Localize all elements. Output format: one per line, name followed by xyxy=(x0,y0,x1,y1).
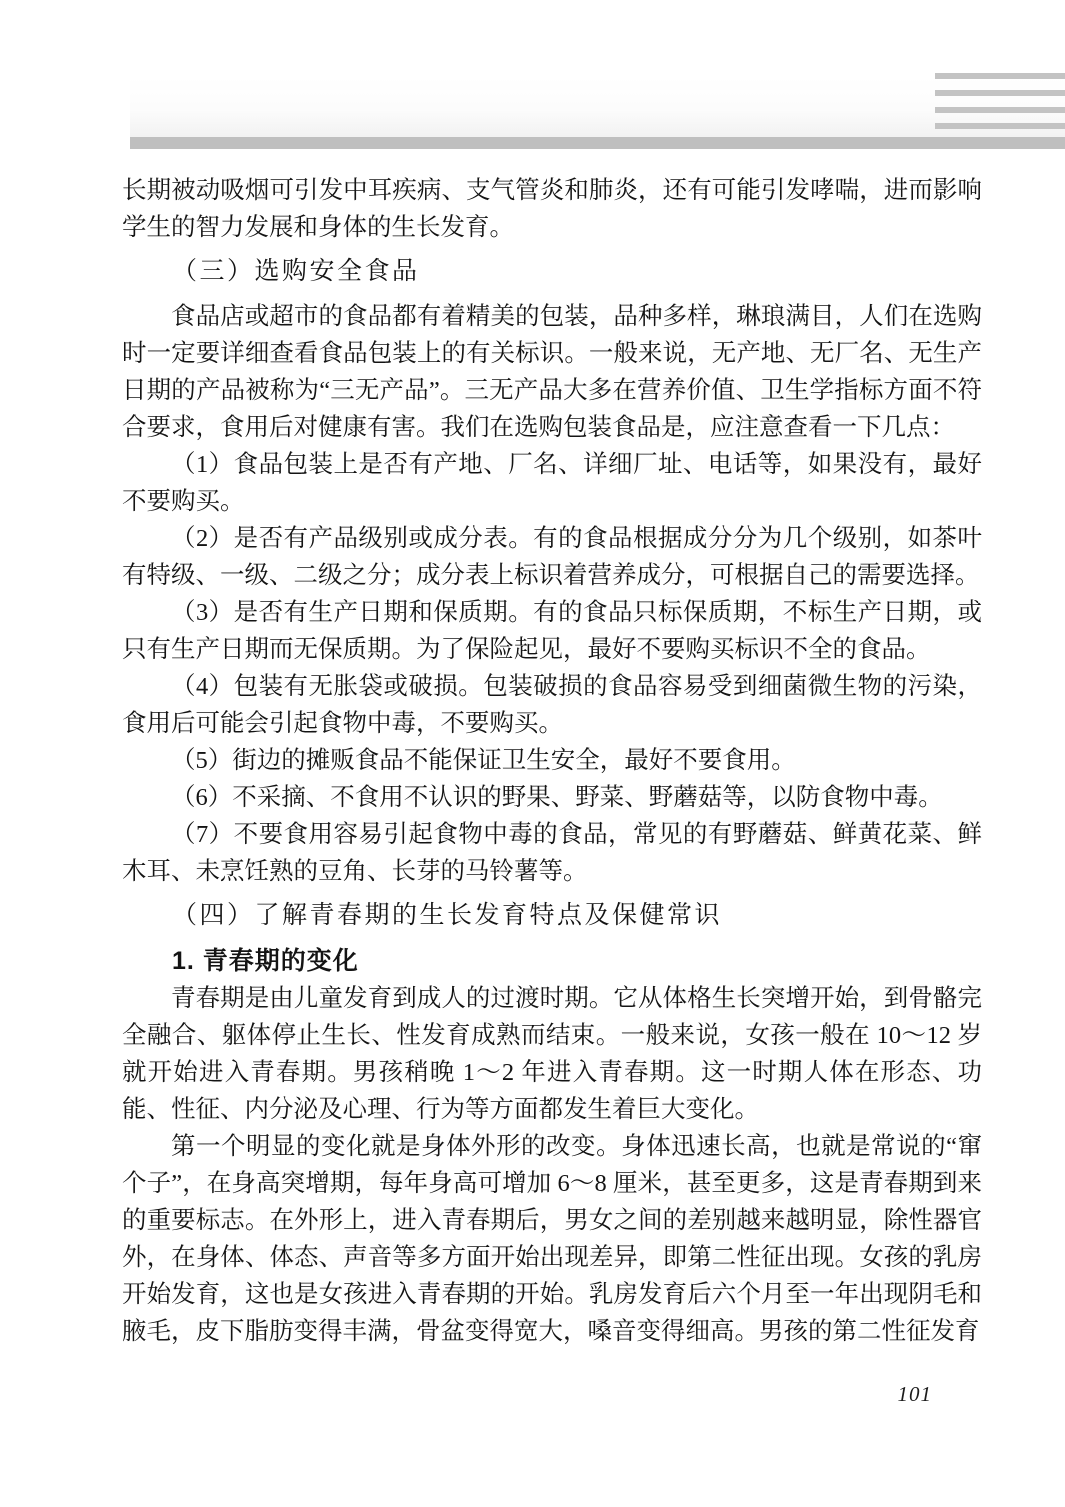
paragraph: 食品店或超市的食品都有着精美的包装，品种多样，琳琅满目，人们在选购时一定要详细查… xyxy=(122,298,982,446)
textbook-page: 长期被动吸烟可引发中耳疾病、支气管炎和肺炎，还有可能引发哮喘，进而影响学生的智力… xyxy=(0,0,1065,1507)
page-content: 长期被动吸烟可引发中耳疾病、支气管炎和肺炎，还有可能引发哮喘，进而影响学生的智力… xyxy=(122,172,982,1350)
section-heading-3: （三）选购安全食品 xyxy=(122,253,982,291)
paragraph: 青春期是由儿童发育到成人的过渡时期。它从体格生长突增开始，到骨骼完全融合、躯体停… xyxy=(122,980,982,1128)
list-item-6: （6）不采摘、不食用不认识的野果、野菜、野蘑菇等，以防食物中毒。 xyxy=(122,779,982,816)
header-stripe xyxy=(935,123,1065,129)
paragraph: 第一个明显的变化就是身体外形的改变。身体迅速长高，也就是常说的“窜个子”，在身高… xyxy=(122,1128,982,1350)
list-item-7: （7）不要食用容易引起食物中毒的食品，常见的有野蘑菇、鲜黄花菜、鲜木耳、未烹饪熟… xyxy=(122,816,982,890)
section-heading-4: （四）了解青春期的生长发育特点及保健常识 xyxy=(122,897,982,935)
header-stripe xyxy=(935,107,1065,113)
list-item-4: （4）包装有无胀袋或破损。包装破损的食品容易受到细菌微生物的污染，食用后可能会引… xyxy=(122,668,982,742)
list-item-5: （5）街边的摊贩食品不能保证卫生安全，最好不要食用。 xyxy=(122,742,982,779)
list-item-2: （2）是否有产品级别或成分表。有的食品根据成分分为几个级别，如茶叶有特级、一级、… xyxy=(122,520,982,594)
list-item-3: （3）是否有生产日期和保质期。有的食品只标保质期，不标生产日期，或只有生产日期而… xyxy=(122,594,982,668)
header-stripe xyxy=(935,90,1065,96)
page-number: 101 xyxy=(898,1382,933,1407)
subsection-heading-puberty-changes: 1. 青春期的变化 xyxy=(122,942,982,980)
intro-paragraph: 长期被动吸烟可引发中耳疾病、支气管炎和肺炎，还有可能引发哮喘，进而影响学生的智力… xyxy=(122,172,982,246)
header-rule xyxy=(130,137,1065,149)
header-stripe xyxy=(935,73,1065,79)
list-item-1: （1）食品包装上是否有产地、厂名、详细厂址、电话等，如果没有，最好不要购买。 xyxy=(122,446,982,520)
header-band xyxy=(130,76,1065,137)
